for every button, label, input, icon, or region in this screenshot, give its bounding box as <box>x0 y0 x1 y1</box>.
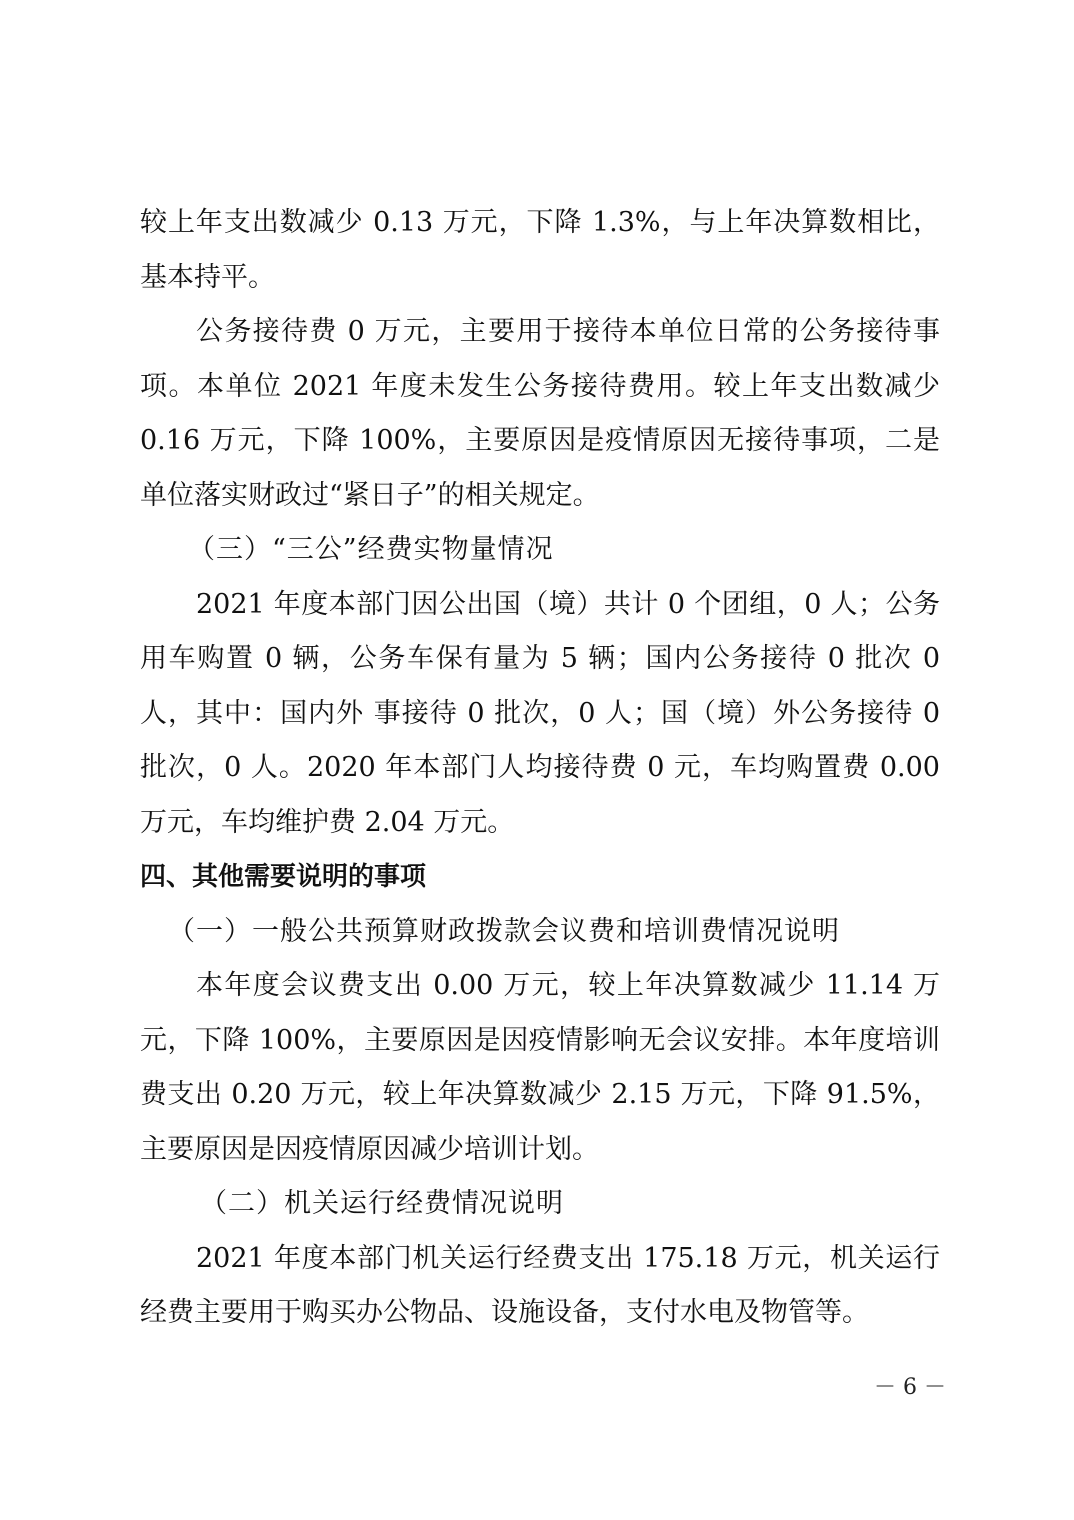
subheading-meeting-training-fees: （一）一般公共预算财政拨款会议费和培训费情况说明 <box>140 905 940 960</box>
document-page: 较上年支出数减少 0.13 万元，下降 1.3%，与上年决算数相比，基本持平。 … <box>140 196 940 1341</box>
subheading-operating-expenses: （二）机关运行经费情况说明 <box>140 1177 940 1232</box>
paragraph-reception-expense: 公务接待费 0 万元，主要用于接待本单位日常的公务接待事项。本单位 2021 年… <box>140 305 940 523</box>
paragraph-travel-expense-continuation: 较上年支出数减少 0.13 万元，下降 1.3%，与上年决算数相比，基本持平。 <box>140 196 940 305</box>
subheading-three-public-physical-quantity: （三）“三公”经费实物量情况 <box>140 523 940 578</box>
page-number: － 6 － <box>870 1370 950 1401</box>
section-heading-other-matters: 四、其他需要说明的事项 <box>140 850 940 905</box>
paragraph-operating-expenses: 2021 年度本部门机关运行经费支出 175.18 万元，机关运行经费主要用于购… <box>140 1232 940 1341</box>
paragraph-meeting-training-fees: 本年度会议费支出 0.00 万元，较上年决算数减少 11.14 万元，下降 10… <box>140 959 940 1177</box>
paragraph-physical-quantity: 2021 年度本部门因公出国（境）共计 0 个团组，0 人；公务用车购置 0 辆… <box>140 578 940 851</box>
